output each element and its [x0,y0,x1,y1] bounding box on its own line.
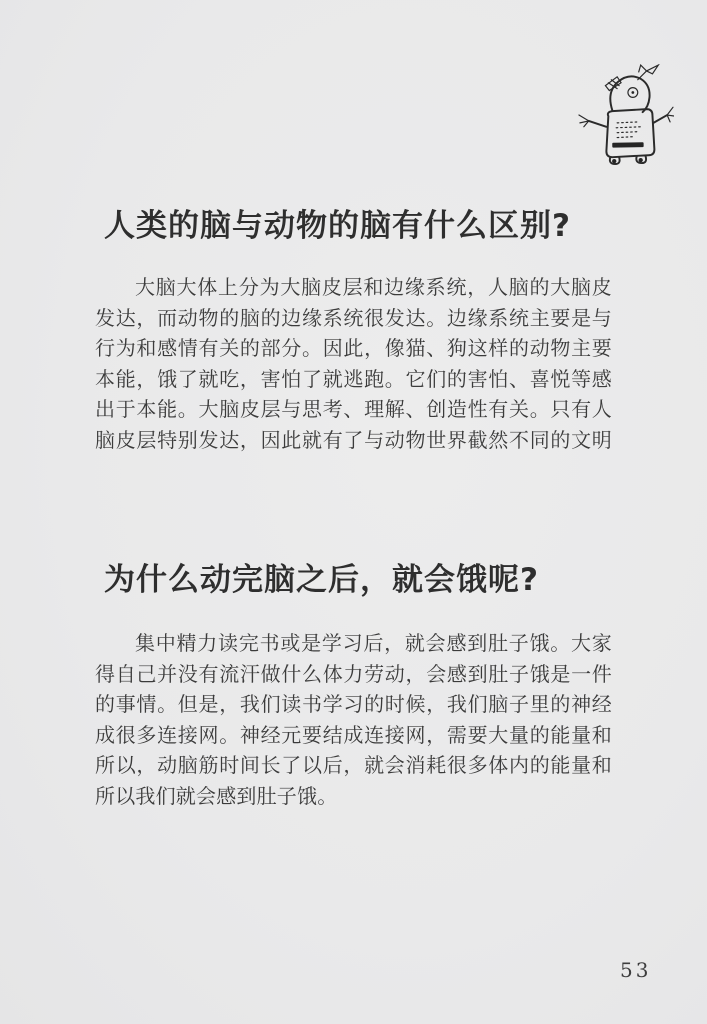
text-line: 得自己并没有流汗做什么体力劳动，会感到肚子饿是一件很奇怪 [95,659,612,690]
robot-panel-dots [616,122,641,138]
robot-doodle-illustration [576,64,674,170]
text-line: 集中精力读完书或是学习后，就会感到肚子饿。大家可能觉 [95,628,612,659]
robot-slot [612,142,643,147]
text-line: 成很多连接网。神经元要结成连接网，需要大量的能量和氧气。 [95,720,612,751]
text-line: 发达，而动物的脑的边缘系统很发达。边缘系统主要是与本能的 [95,303,612,334]
section-title-brain-difference: 人类的脑与动物的脑有什么区别? [104,206,571,246]
text-line: 行为和感情有关的部分。因此，像猫、狗这样的动物主要是出于 [95,333,612,364]
text-line: 的事情。但是，我们读书学习的时候，我们脑子里的神经元会结 [95,689,612,720]
book-page: 人类的脑与动物的脑有什么区别? 大脑大体上分为大脑皮层和边缘系统，人脑的大脑皮层… [0,0,707,1024]
text-line: 脑皮层特别发达，因此就有了与动物世界截然不同的文明社会。 [95,425,612,456]
text-line: 大脑大体上分为大脑皮层和边缘系统，人脑的大脑皮层非常 [95,272,612,303]
robot-pinwheel [639,65,659,74]
robot-pupil [631,91,634,94]
paragraph-hungry-after-thinking: 集中精力读完书或是学习后，就会感到肚子饿。大家可能觉得自己并没有流汗做什么体力劳… [95,628,612,811]
text-line: 出于本能。大脑皮层与思考、理解、创造性有关。只有人类的大 [95,394,612,425]
section-title-hungry-after-thinking: 为什么动完脑之后，就会饿呢? [104,560,539,600]
robot-right-claw [667,107,674,122]
text-line: 所以我们就会感到肚子饿。 [95,781,612,812]
robot-right-wheel [639,158,643,162]
text-line: 本能，饿了就吃，害怕了就逃跑。它们的害怕、喜悦等感情都是 [95,364,612,395]
paragraph-brain-difference: 大脑大体上分为大脑皮层和边缘系统，人脑的大脑皮层非常发达，而动物的脑的边缘系统很… [95,272,612,455]
robot-left-arm [589,121,607,127]
robot-left-claw [579,115,589,127]
page-number: 53 [620,958,651,982]
robot-head [610,76,649,112]
text-line: 所以，动脑筋时间长了以后，就会消耗很多体内的能量和氧气， [95,750,612,781]
robot-right-arm [653,115,667,123]
robot-left-wheel [612,159,616,163]
robot-body [606,109,654,157]
